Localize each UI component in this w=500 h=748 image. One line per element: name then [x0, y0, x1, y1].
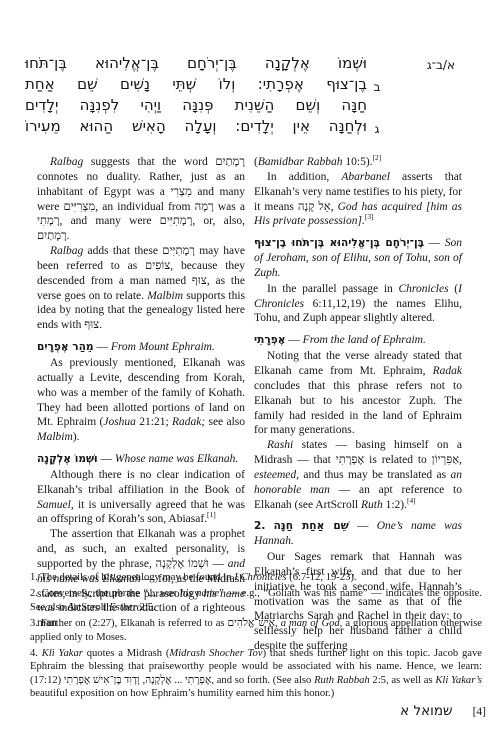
verse-3-marker: ג — [370, 122, 384, 136]
commentary-block-para: Although there is no clear indication of… — [37, 468, 245, 527]
commentary-block-cont: (Bamidbar Rabbah 10:5).[2] — [254, 155, 462, 170]
commentary-block-para: In the parallel passage in Chronicles (I… — [254, 282, 462, 327]
commentary-block-heading: אֶפְרָתִי — From the land of Ephraim. — [254, 333, 462, 348]
commentary-block-para: Ralbag suggests that the word רָמָתַיִם … — [37, 155, 245, 244]
commentary-block-para: As previously mentioned, Elkanah was act… — [37, 356, 245, 445]
hebrew-verse-block: וּשְׁמוֹ אֶלְקָנָה בֶּן־יְרֹחָם בֶּן־אֱל… — [25, 53, 367, 137]
commentary-block-para: In addition, Abarbanel asserts that Elka… — [254, 170, 462, 229]
book-page: א/ב־ג ב ג וּשְׁמוֹ אֶלְקָנָה בֶּן־יְרֹחָ… — [0, 0, 500, 748]
footnote-item: 4. Kli Yakar quotes a Midrash (Midrash S… — [30, 647, 482, 701]
book-title: שמואל א — [400, 703, 452, 719]
hebrew-verse-line: וּשְׁמוֹ אֶלְקָנָה בֶּן־יְרֹחָם בֶּן־אֱל… — [25, 53, 367, 74]
commentary-block-heading: 2. שֵׁם אַחַת חַנָּה — One’s name was Ha… — [254, 519, 462, 549]
commentary-block-para: Ralbag adds that these רָמָתִיִּים may h… — [37, 244, 245, 333]
commentary-block-heading: מֵהַר אֶפְרָיִם — From Mount Ephraim. — [37, 340, 245, 355]
page-footer: שמואל א [4] — [400, 703, 486, 719]
commentary-block-para: Noting that the verse already stated tha… — [254, 349, 462, 438]
chapter-verse-margin-ref: א/ב־ג — [405, 58, 455, 72]
footnotes-section: 1. The details of his genealogy may be f… — [30, 571, 482, 704]
hebrew-verse-line: חַנָּה וְשֵׁם הַשֵּׁנִית פְּנִנָּה וַיְה… — [25, 95, 367, 116]
commentary-block-para: Rashi states — basing himself on a Midra… — [254, 438, 462, 512]
footnote-item: 2. Conversely, the phrase “... was his n… — [30, 587, 482, 614]
footnote-item: 3. Further on (2:27), Elkanah is referre… — [30, 617, 482, 644]
footnote-item: 1. The details of his genealogy may be f… — [30, 571, 482, 584]
commentary-block-heading: בֶּן־יְרֹחָם בֶּן־אֱלִיהוּא בֶּן־תֹּחוּ … — [254, 236, 462, 281]
commentary-block-heading: וּשְׁמוֹ אֶלְקָנָה — Whose name was Elka… — [37, 452, 245, 467]
page-number: [4] — [473, 706, 486, 718]
hebrew-verse-line: בֶן־צוּף אֶפְרָתִי: וְלוֹ שְׁתֵּי נָשִׁי… — [25, 74, 367, 95]
hebrew-verse-line: וּלְחַנָּה אֵין יְלָדִים: וְעָלָה הָאִיש… — [25, 116, 367, 137]
verse-2-marker: ב — [370, 80, 384, 94]
